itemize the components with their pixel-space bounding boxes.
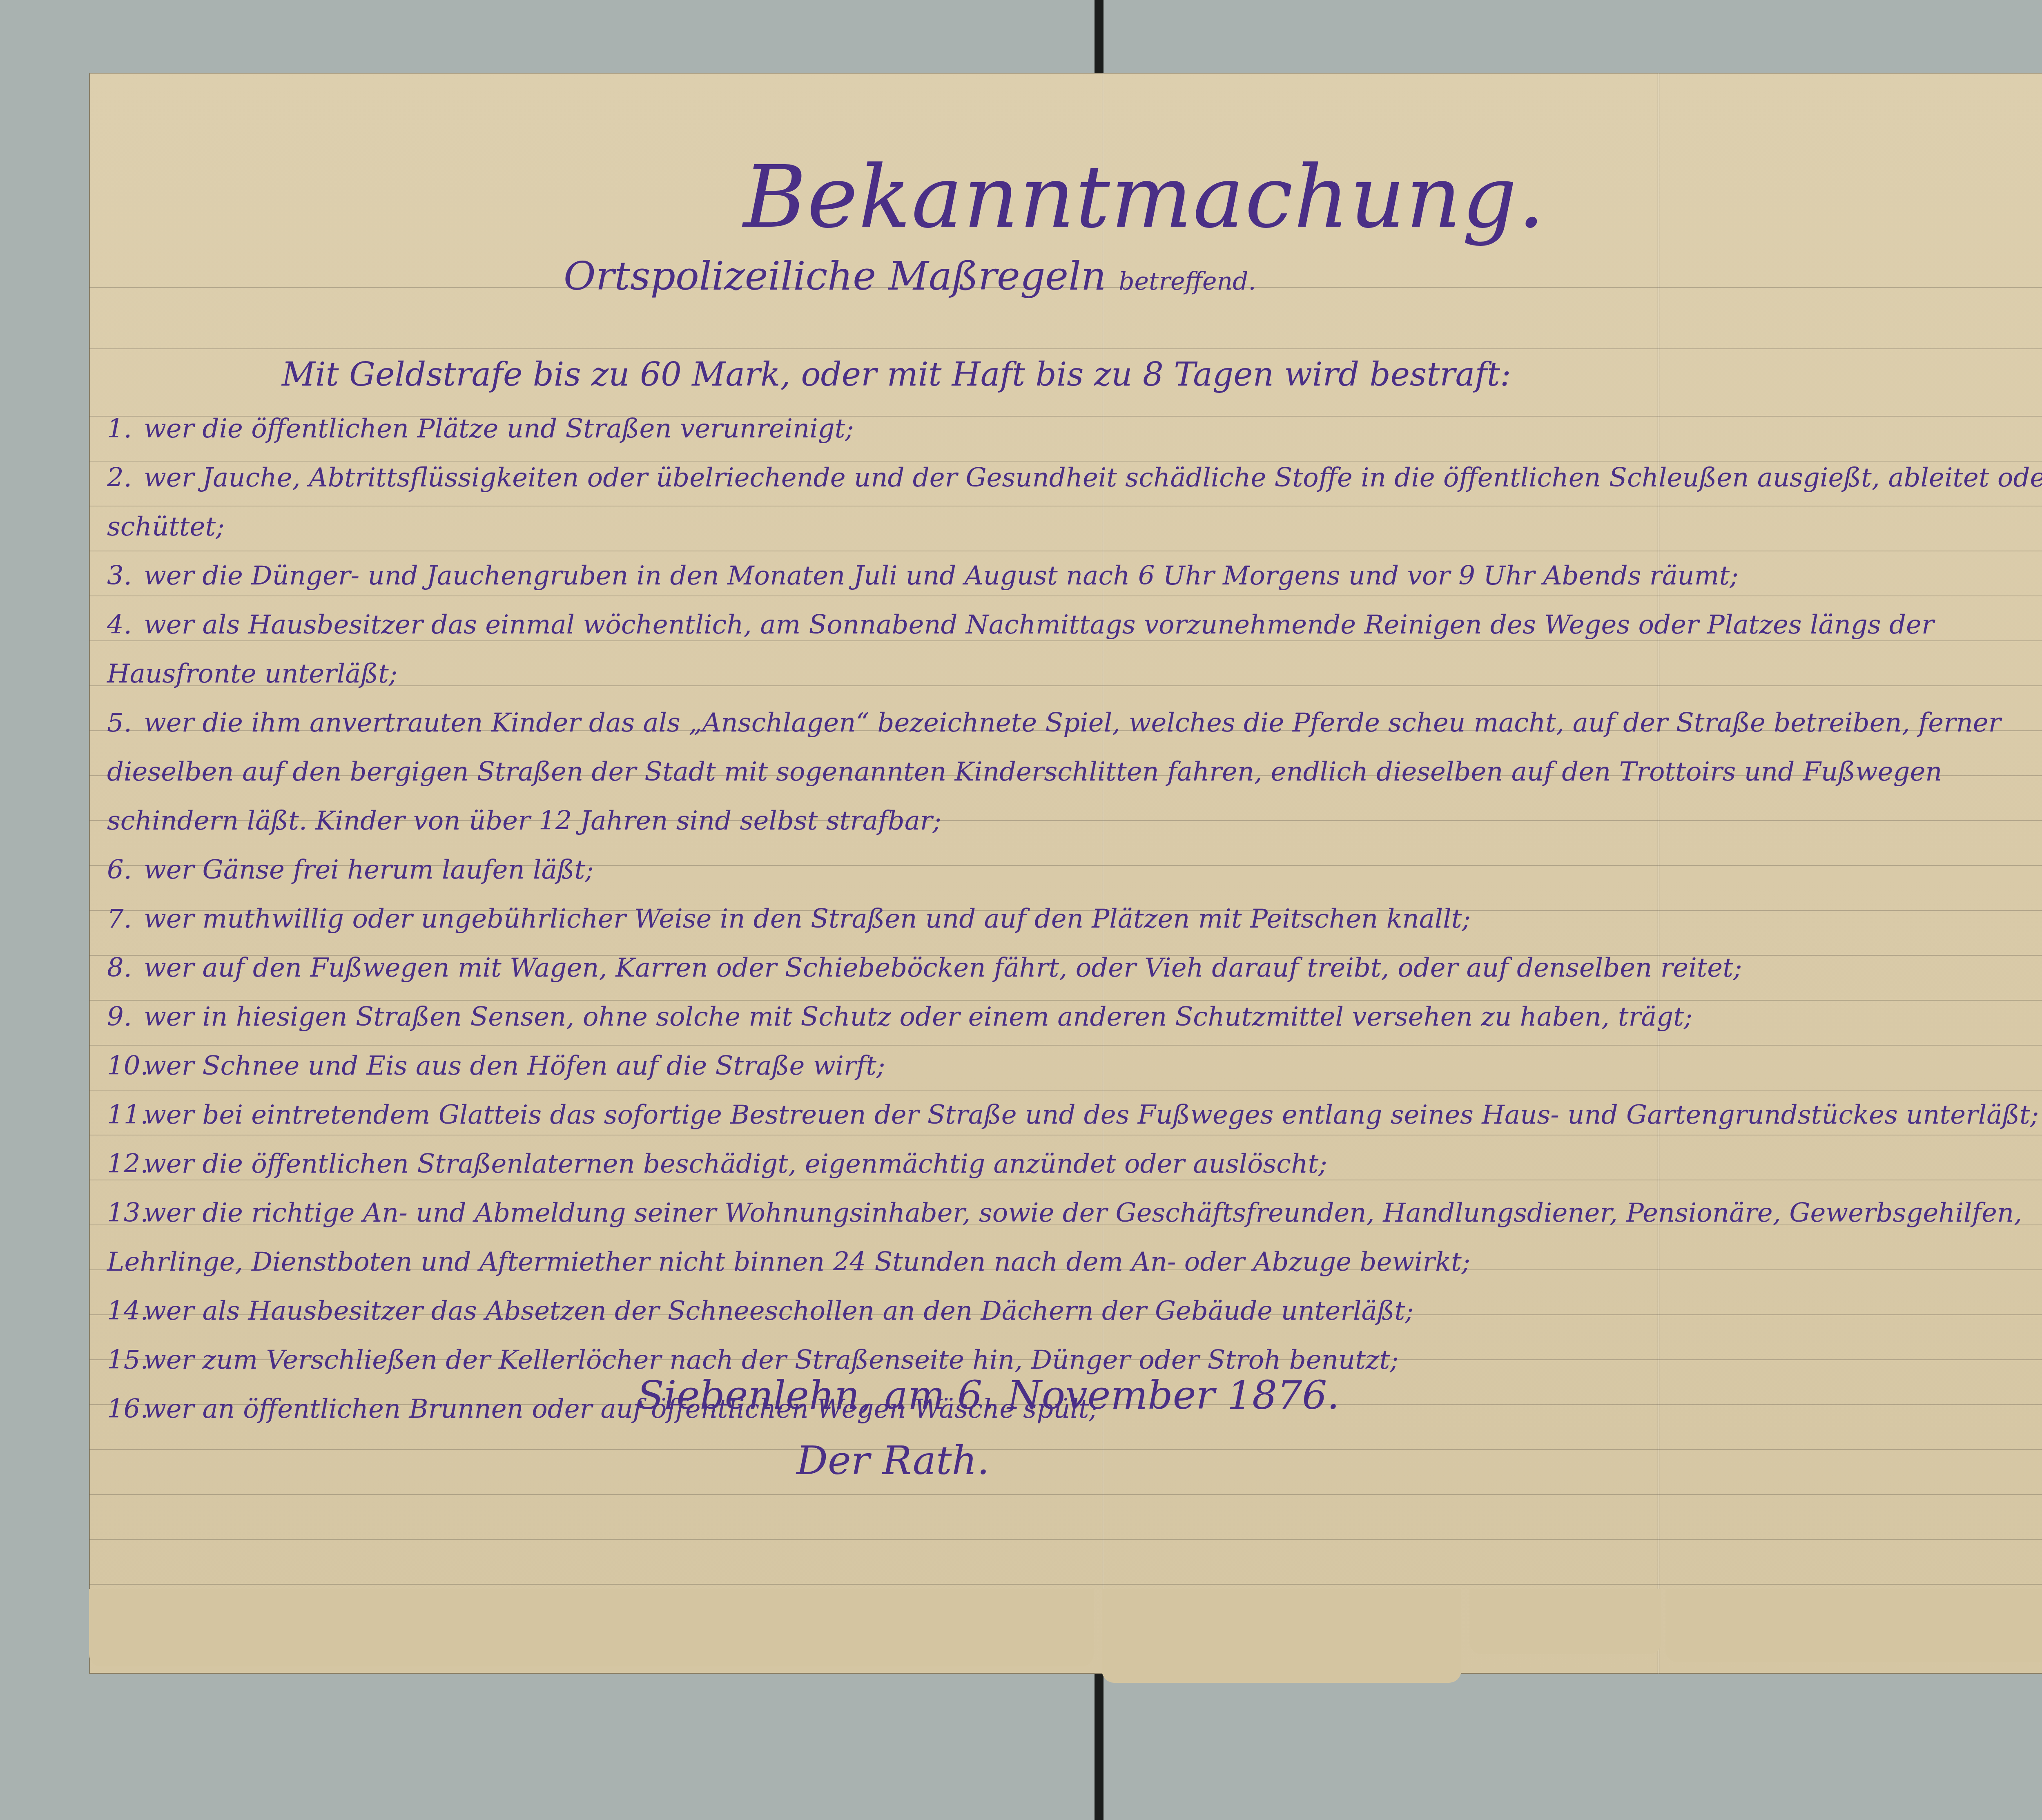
item-number: 3. xyxy=(107,551,144,600)
ruled-line xyxy=(89,1494,2042,1495)
item-text: wer Schnee und Eis aus den Höfen auf die… xyxy=(144,1051,885,1081)
paper-tab xyxy=(1665,1589,2042,1662)
ordinance-item: 12.wer die öffentlichen Straßenlaternen … xyxy=(107,1140,2042,1189)
ruled-line xyxy=(89,348,2042,349)
item-text: wer Jauche, Abtrittsflüssigkeiten oder ü… xyxy=(107,463,2042,542)
place-and-date: Siebenlehn, am 6. November 1876. xyxy=(637,1372,1340,1418)
item-number: 7. xyxy=(107,894,144,943)
ordinance-item: 7.wer muthwillig oder ungebührlicher Wei… xyxy=(107,894,2042,943)
ruled-line xyxy=(89,1584,2042,1585)
torn-bottom-edge xyxy=(89,1589,2042,1679)
item-number: 12. xyxy=(107,1140,144,1189)
intro-sentence: Mit Geldstrafe bis zu 60 Mark, oder mit … xyxy=(282,355,1511,393)
item-text: wer muthwillig oder ungebührlicher Weise… xyxy=(144,904,1471,934)
item-number: 15. xyxy=(107,1336,144,1385)
item-number: 4. xyxy=(107,600,144,649)
ordinance-item: 1.wer die öffentlichen Plätze und Straße… xyxy=(107,404,2042,453)
ruled-line xyxy=(89,1539,2042,1540)
item-number: 13. xyxy=(107,1189,144,1238)
item-text: wer in hiesigen Straßen Sensen, ohne sol… xyxy=(144,1002,1692,1032)
ordinance-item: 2.wer Jauche, Abtrittsflüssigkeiten oder… xyxy=(107,453,2042,551)
item-text: wer als Hausbesitzer das einmal wöchentl… xyxy=(107,610,1934,689)
item-text: wer Gänse frei herum laufen läßt; xyxy=(144,855,594,885)
paper-tab xyxy=(89,1589,1094,1666)
ordinance-item: 10.wer Schnee und Eis aus den Höfen auf … xyxy=(107,1042,2042,1091)
item-text: wer auf den Fußwegen mit Wagen, Karren o… xyxy=(144,953,1742,983)
item-text: wer die ihm anvertrauten Kinder das als … xyxy=(107,708,2001,836)
subtitle-text: Ortspolizeiliche Maßregeln xyxy=(564,253,1106,299)
item-number: 1. xyxy=(107,404,144,453)
item-text: wer die öffentlichen Straßenlaternen bes… xyxy=(144,1149,1327,1179)
item-number: 8. xyxy=(107,943,144,993)
item-text: wer bei eintretendem Glatteis das sofort… xyxy=(144,1100,2039,1130)
ordinance-item: 8.wer auf den Fußwegen mit Wagen, Karren… xyxy=(107,943,2042,993)
subtitle-suffix: betreffend. xyxy=(1119,267,1256,296)
ordinance-item: 5.wer die ihm anvertrauten Kinder das al… xyxy=(107,698,2042,845)
ordinance-item: 14.wer als Hausbesitzer das Absetzen der… xyxy=(107,1287,2042,1336)
ordinance-item: 4.wer als Hausbesitzer das einmal wöchen… xyxy=(107,600,2042,698)
item-number: 16. xyxy=(107,1385,144,1434)
item-text: wer als Hausbesitzer das Absetzen der Sc… xyxy=(144,1296,1414,1326)
item-text: wer zum Verschließen der Kellerlöcher na… xyxy=(144,1345,1399,1375)
ruled-line xyxy=(89,1449,2042,1450)
ordinance-list: 1.wer die öffentlichen Plätze und Straße… xyxy=(107,404,2042,1434)
document-title: Bekanntmachung. xyxy=(743,147,1546,247)
item-number: 9. xyxy=(107,993,144,1042)
paper-tab xyxy=(1102,1589,1461,1683)
item-number: 11. xyxy=(107,1091,144,1140)
ordinance-item: 3.wer die Dünger- und Jauchengruben in d… xyxy=(107,551,2042,600)
item-number: 2. xyxy=(107,453,144,502)
signature: Der Rath. xyxy=(796,1438,990,1483)
item-text: wer die Dünger- und Jauchengruben in den… xyxy=(144,561,1739,591)
ordinance-item: 6.wer Gänse frei herum laufen läßt; xyxy=(107,845,2042,894)
item-text: wer die richtige An- und Abmeldung seine… xyxy=(107,1198,2022,1277)
item-number: 14. xyxy=(107,1287,144,1336)
document-subtitle: Ortspolizeiliche Maßregeln betreffend. xyxy=(564,253,1256,299)
item-text: wer die öffentlichen Plätze und Straßen … xyxy=(144,414,854,444)
item-number: 6. xyxy=(107,845,144,894)
ordinance-item: 11.wer bei eintretendem Glatteis das sof… xyxy=(107,1091,2042,1140)
ordinance-item: 13.wer die richtige An- und Abmeldung se… xyxy=(107,1189,2042,1287)
ordinance-item: 9.wer in hiesigen Straßen Sensen, ohne s… xyxy=(107,993,2042,1042)
paper-tab xyxy=(1469,1589,1661,1654)
item-number: 10. xyxy=(107,1042,144,1091)
item-number: 5. xyxy=(107,698,144,747)
